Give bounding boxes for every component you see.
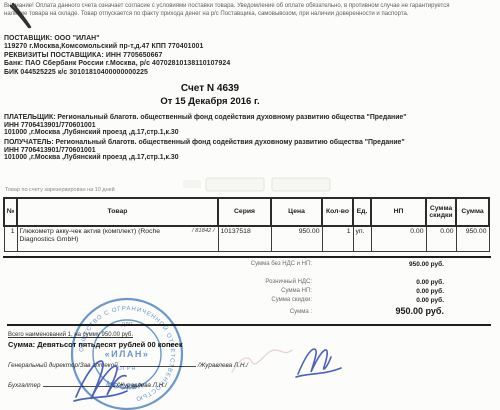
stamp-dlya-text: ДЛЯ — [121, 322, 132, 328]
cell-qty: 1 — [322, 226, 353, 252]
grand-total-value: 950.00 руб. — [312, 306, 444, 316]
total-row-vat: Розничный НДС: 0.00 руб. — [0, 279, 444, 286]
director-signature-ink — [296, 349, 341, 377]
supplier-bik-line: БИК 044525225 к/с 30101810400000000225 — [4, 69, 230, 77]
stamp-company-name: «ИЛАН» — [105, 349, 150, 359]
invoice-scan-page: Внимание! Оплата данного счета означает … — [0, 0, 500, 410]
total-label: Сумма без НДС и НП: — [0, 261, 312, 268]
cell-num: 1 — [4, 226, 17, 252]
col-header-series: Серия — [218, 198, 271, 226]
cell-product: Глюкометр акку-чек актив (комплект) (Roc… — [17, 226, 218, 252]
cell-discount: 0.00 — [426, 226, 456, 252]
total-value: 950.00 руб. — [312, 261, 444, 268]
payer-address-line: 101000 ,г.Москва ,Лубянский проезд ,д.17… — [4, 129, 407, 137]
receiver-address-line: 101000 ,г.Москва ,Лубянский проезд ,д.17… — [4, 154, 405, 162]
invoice-title-block: Счет N 4639 От 15 Декабря 2016 г. — [0, 83, 420, 107]
accountant-label: Бухгалтер — [8, 382, 41, 389]
total-value: 0.00 руб. — [312, 297, 444, 304]
supplier-bank-line: Банк: ПАО Сбербанк России г.Москва, р/с … — [4, 60, 230, 68]
warning-note: Внимание! Оплата данного счета означает … — [4, 3, 452, 18]
col-header-num: № — [4, 198, 17, 226]
col-header-discount: Сумма скидки — [426, 198, 456, 226]
cell-series: 10137518 — [218, 226, 271, 252]
col-header-price: Цена — [271, 198, 322, 226]
product-name: Глюкометр акку-чек актив (комплект) (Roc… — [20, 228, 216, 243]
reserve-note: Товар по счету зарезервирован на 10 дней — [5, 187, 115, 193]
col-header-product: Товар — [17, 198, 218, 226]
cell-np: 0.00 — [371, 226, 426, 252]
invoice-number: Счет N 4639 — [0, 83, 420, 94]
cell-unit: уп. — [353, 226, 371, 252]
receiver-block: ПОЛУЧАТЕЛЬ: Региональный благотв. общест… — [4, 139, 405, 162]
receiver-name-line: ПОЛУЧАТЕЛЬ: Региональный благотв. общест… — [4, 139, 405, 147]
goods-table: № Товар Серия Цена Кол-во Ед. НП Сумма с… — [3, 197, 490, 252]
stamp-ogrn-text: ОГРН — [118, 366, 137, 372]
total-row-np: Сумма НП: 0.00 руб. — [0, 288, 444, 295]
stamp-city-text: МОСКВА — [105, 379, 145, 392]
total-label: Розничный НДС: — [0, 279, 312, 286]
invoice-date: От 15 Декабря 2016 г. — [0, 96, 420, 107]
bleed-through-boxes — [183, 178, 330, 191]
cell-price: 950.00 — [271, 226, 322, 252]
goods-header-row: № Товар Серия Цена Кол-во Ед. НП Сумма с… — [4, 198, 489, 226]
total-value: 0.00 руб. — [312, 279, 444, 286]
totals-separator-line — [3, 256, 491, 258]
col-header-np: НП — [371, 198, 426, 226]
total-value: 0.00 руб. — [312, 288, 444, 295]
col-header-qty: Кол-во — [322, 198, 353, 226]
cell-sum: 950.00 — [456, 226, 489, 252]
stamp-city-holder: МОСКВА — [105, 379, 145, 392]
payer-name-line: ПЛАТЕЛЬЩИК: Региональный благотв. общест… — [4, 114, 407, 122]
company-round-stamp: ОБЩЕСТВО С ОГРАНИЧЕННОЙ ОТВЕТСТВЕННОСТЬЮ… — [64, 296, 190, 410]
supplier-inn-line: РЕКВИЗИТЫ ПОСТАВЩИКА: ИНН 7705650667 — [4, 52, 230, 60]
total-row-subtotal: Сумма без НДС и НП: 950.00 руб. — [0, 261, 444, 268]
supplier-block: ПОСТАВЩИК: ООО "ИЛАН" 119270 г.Москва,Ко… — [4, 35, 230, 77]
supplier-address-line: 119270 г.Москва,Комсомольский пр-т,д.47 … — [4, 43, 230, 51]
col-header-unit: Ед. — [353, 198, 371, 226]
col-header-sum: Сумма — [456, 198, 489, 226]
product-code: / 81842 / — [192, 228, 215, 236]
payer-block: ПЛАТЕЛЬЩИК: Региональный благотв. общест… — [4, 114, 407, 137]
director-name: /Журавлева Л.Н./ — [198, 362, 248, 369]
goods-row: 1 Глюкометр акку-чек актив (комплект) (R… — [4, 226, 489, 252]
total-label: Сумма НП: — [0, 288, 312, 295]
